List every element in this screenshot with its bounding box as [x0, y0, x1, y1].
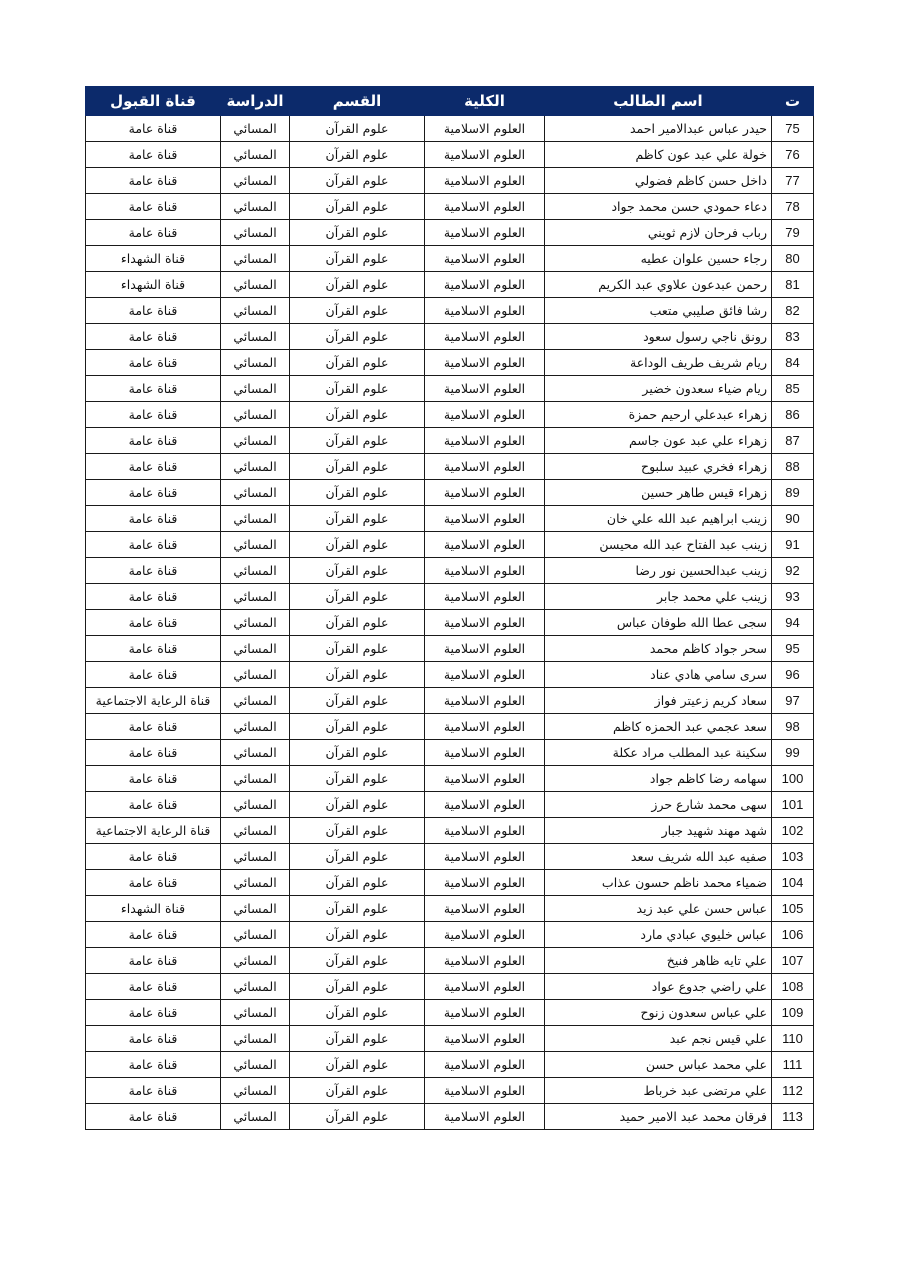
table-row: 109علي عباس سعدون زنوحالعلوم الاسلاميةعل… [86, 1000, 814, 1026]
student-name-cell: زينب عبد الفتاح عبد الله محيسن [545, 532, 772, 558]
study-type-cell: المسائي [221, 792, 290, 818]
study-type-cell: المسائي [221, 1104, 290, 1130]
department-cell: علوم القرآن [290, 844, 425, 870]
row-number-cell: 86 [772, 402, 814, 428]
row-number-cell: 89 [772, 480, 814, 506]
row-number-cell: 90 [772, 506, 814, 532]
admission-channel-cell: قناة عامة [86, 532, 221, 558]
row-number-cell: 113 [772, 1104, 814, 1130]
row-number-cell: 98 [772, 714, 814, 740]
student-name-cell: رحمن عبدعون علاوي عبد الكريم [545, 272, 772, 298]
table-row: 88زهراء فخري عبيد سلبوحالعلوم الاسلاميةع… [86, 454, 814, 480]
department-cell: علوم القرآن [290, 194, 425, 220]
study-type-cell: المسائي [221, 324, 290, 350]
admission-channel-cell: قناة عامة [86, 454, 221, 480]
student-name-cell: سجى عطا الله طوفان عباس [545, 610, 772, 636]
table-row: 86زهراء عبدعلي ارحيم حمزةالعلوم الاسلامي… [86, 402, 814, 428]
table-row: 82رشا فائق صليبي متعبالعلوم الاسلاميةعلو… [86, 298, 814, 324]
table-row: 106عباس خليوي عبادي ماردالعلوم الاسلامية… [86, 922, 814, 948]
student-name-cell: رباب فرحان لازم ثويني [545, 220, 772, 246]
department-cell: علوم القرآن [290, 792, 425, 818]
student-name-cell: زهراء علي عبد عون جاسم [545, 428, 772, 454]
row-number-cell: 105 [772, 896, 814, 922]
college-cell: العلوم الاسلامية [425, 506, 545, 532]
student-name-cell: صفيه عبد الله شريف سعد [545, 844, 772, 870]
table-row: 80رجاء حسين علوان عطيهالعلوم الاسلاميةعل… [86, 246, 814, 272]
row-number-cell: 100 [772, 766, 814, 792]
table-row: 79رباب فرحان لازم ثوينيالعلوم الاسلاميةع… [86, 220, 814, 246]
row-number-cell: 91 [772, 532, 814, 558]
college-cell: العلوم الاسلامية [425, 792, 545, 818]
row-number-cell: 109 [772, 1000, 814, 1026]
admission-channel-cell: قناة عامة [86, 870, 221, 896]
study-type-cell: المسائي [221, 428, 290, 454]
student-name-cell: رجاء حسين علوان عطيه [545, 246, 772, 272]
college-cell: العلوم الاسلامية [425, 272, 545, 298]
row-number-cell: 87 [772, 428, 814, 454]
department-cell: علوم القرآن [290, 428, 425, 454]
table-row: 81رحمن عبدعون علاوي عبد الكريمالعلوم الا… [86, 272, 814, 298]
study-type-cell: المسائي [221, 974, 290, 1000]
college-cell: العلوم الاسلامية [425, 194, 545, 220]
admission-channel-cell: قناة عامة [86, 428, 221, 454]
row-number-cell: 104 [772, 870, 814, 896]
header-num: ت [772, 87, 814, 116]
department-cell: علوم القرآن [290, 1026, 425, 1052]
student-name-cell: زينب ابراهيم عبد الله علي خان [545, 506, 772, 532]
row-number-cell: 78 [772, 194, 814, 220]
header-student-name: اسم الطالب [545, 87, 772, 116]
admission-channel-cell: قناة عامة [86, 1104, 221, 1130]
study-type-cell: المسائي [221, 1078, 290, 1104]
college-cell: العلوم الاسلامية [425, 610, 545, 636]
department-cell: علوم القرآن [290, 272, 425, 298]
document-page: ت اسم الطالب الكلية القسم الدراسة قناة ا… [85, 86, 813, 1130]
admission-channel-cell: قناة عامة [86, 194, 221, 220]
study-type-cell: المسائي [221, 220, 290, 246]
admission-channel-cell: قناة الشهداء [86, 272, 221, 298]
header-study: الدراسة [221, 87, 290, 116]
student-name-cell: حيدر عباس عبدالامير احمد [545, 116, 772, 142]
table-row: 90زينب ابراهيم عبد الله علي خانالعلوم ال… [86, 506, 814, 532]
admission-channel-cell: قناة عامة [86, 610, 221, 636]
student-name-cell: سعاد كريم زعيتر فواز [545, 688, 772, 714]
admission-channel-cell: قناة عامة [86, 584, 221, 610]
admission-channel-cell: قناة عامة [86, 1026, 221, 1052]
student-name-cell: زهراء قيس طاهر حسين [545, 480, 772, 506]
admission-channel-cell: قناة عامة [86, 350, 221, 376]
student-name-cell: عباس حسن علي عبد زيد [545, 896, 772, 922]
college-cell: العلوم الاسلامية [425, 636, 545, 662]
study-type-cell: المسائي [221, 688, 290, 714]
admission-channel-cell: قناة عامة [86, 766, 221, 792]
student-name-cell: ضمياء محمد ناظم حسون عذاب [545, 870, 772, 896]
study-type-cell: المسائي [221, 532, 290, 558]
study-type-cell: المسائي [221, 870, 290, 896]
student-name-cell: زهراء فخري عبيد سلبوح [545, 454, 772, 480]
student-name-cell: سرى سامي هادي عناد [545, 662, 772, 688]
college-cell: العلوم الاسلامية [425, 974, 545, 1000]
admission-channel-cell: قناة عامة [86, 402, 221, 428]
row-number-cell: 112 [772, 1078, 814, 1104]
admission-channel-cell: قناة عامة [86, 792, 221, 818]
college-cell: العلوم الاسلامية [425, 766, 545, 792]
study-type-cell: المسائي [221, 116, 290, 142]
table-header-row: ت اسم الطالب الكلية القسم الدراسة قناة ا… [86, 87, 814, 116]
department-cell: علوم القرآن [290, 870, 425, 896]
study-type-cell: المسائي [221, 922, 290, 948]
row-number-cell: 77 [772, 168, 814, 194]
row-number-cell: 88 [772, 454, 814, 480]
row-number-cell: 81 [772, 272, 814, 298]
row-number-cell: 110 [772, 1026, 814, 1052]
college-cell: العلوم الاسلامية [425, 428, 545, 454]
admission-channel-cell: قناة عامة [86, 324, 221, 350]
table-row: 101سهى محمد شارع حرزالعلوم الاسلاميةعلوم… [86, 792, 814, 818]
row-number-cell: 93 [772, 584, 814, 610]
row-number-cell: 99 [772, 740, 814, 766]
row-number-cell: 96 [772, 662, 814, 688]
department-cell: علوم القرآن [290, 168, 425, 194]
college-cell: العلوم الاسلامية [425, 1078, 545, 1104]
row-number-cell: 107 [772, 948, 814, 974]
admission-channel-cell: قناة عامة [86, 506, 221, 532]
study-type-cell: المسائي [221, 480, 290, 506]
admission-channel-cell: قناة الرعاية الاجتماعية [86, 688, 221, 714]
row-number-cell: 94 [772, 610, 814, 636]
college-cell: العلوم الاسلامية [425, 246, 545, 272]
study-type-cell: المسائي [221, 194, 290, 220]
student-name-cell: خولة علي عبد عون كاظم [545, 142, 772, 168]
college-cell: العلوم الاسلامية [425, 714, 545, 740]
department-cell: علوم القرآن [290, 246, 425, 272]
department-cell: علوم القرآن [290, 1052, 425, 1078]
table-row: 85ريام ضياء سعدون خضيرالعلوم الاسلاميةعل… [86, 376, 814, 402]
row-number-cell: 102 [772, 818, 814, 844]
admission-channel-cell: قناة عامة [86, 974, 221, 1000]
table-row: 110علي قيس نجم عبدالعلوم الاسلاميةعلوم ا… [86, 1026, 814, 1052]
student-name-cell: علي مرتضى عبد خرباط [545, 1078, 772, 1104]
table-row: 96سرى سامي هادي عنادالعلوم الاسلاميةعلوم… [86, 662, 814, 688]
student-name-cell: علي راضي جدوع عواد [545, 974, 772, 1000]
department-cell: علوم القرآن [290, 662, 425, 688]
row-number-cell: 111 [772, 1052, 814, 1078]
student-name-cell: سكينة عبد المطلب مراد عكلة [545, 740, 772, 766]
student-name-cell: ريام شريف طريف الوداعة [545, 350, 772, 376]
college-cell: العلوم الاسلامية [425, 870, 545, 896]
study-type-cell: المسائي [221, 298, 290, 324]
table-row: 93زينب علي محمد جابرالعلوم الاسلاميةعلوم… [86, 584, 814, 610]
study-type-cell: المسائي [221, 584, 290, 610]
student-name-cell: داخل حسن كاظم فضولي [545, 168, 772, 194]
department-cell: علوم القرآن [290, 532, 425, 558]
department-cell: علوم القرآن [290, 220, 425, 246]
college-cell: العلوم الاسلامية [425, 948, 545, 974]
college-cell: العلوم الاسلامية [425, 298, 545, 324]
study-type-cell: المسائي [221, 714, 290, 740]
table-row: 107علي تايه ظاهر فنيخالعلوم الاسلاميةعلو… [86, 948, 814, 974]
college-cell: العلوم الاسلامية [425, 1104, 545, 1130]
study-type-cell: المسائي [221, 454, 290, 480]
table-row: 112علي مرتضى عبد خرباطالعلوم الاسلاميةعل… [86, 1078, 814, 1104]
header-college: الكلية [425, 87, 545, 116]
table-row: 111علي محمد عباس حسنالعلوم الاسلاميةعلوم… [86, 1052, 814, 1078]
header-admission-channel: قناة القبول [86, 87, 221, 116]
department-cell: علوم القرآن [290, 714, 425, 740]
table-row: 92زينب عبدالحسين نور رضاالعلوم الاسلامية… [86, 558, 814, 584]
department-cell: علوم القرآن [290, 922, 425, 948]
admission-channel-cell: قناة عامة [86, 740, 221, 766]
study-type-cell: المسائي [221, 272, 290, 298]
table-body: 75حيدر عباس عبدالامير احمدالعلوم الاسلام… [86, 116, 814, 1130]
department-cell: علوم القرآن [290, 558, 425, 584]
college-cell: العلوم الاسلامية [425, 1000, 545, 1026]
student-name-cell: سعد عجمي عبد الحمزه كاظم [545, 714, 772, 740]
row-number-cell: 106 [772, 922, 814, 948]
college-cell: العلوم الاسلامية [425, 818, 545, 844]
row-number-cell: 79 [772, 220, 814, 246]
college-cell: العلوم الاسلامية [425, 740, 545, 766]
student-name-cell: سحر جواد كاظم محمد [545, 636, 772, 662]
table-row: 103صفيه عبد الله شريف سعدالعلوم الاسلامي… [86, 844, 814, 870]
college-cell: العلوم الاسلامية [425, 1052, 545, 1078]
student-name-cell: سهى محمد شارع حرز [545, 792, 772, 818]
admission-channel-cell: قناة عامة [86, 1078, 221, 1104]
college-cell: العلوم الاسلامية [425, 142, 545, 168]
college-cell: العلوم الاسلامية [425, 662, 545, 688]
study-type-cell: المسائي [221, 896, 290, 922]
department-cell: علوم القرآن [290, 740, 425, 766]
table-row: 94سجى عطا الله طوفان عباسالعلوم الاسلامي… [86, 610, 814, 636]
department-cell: علوم القرآن [290, 636, 425, 662]
study-type-cell: المسائي [221, 766, 290, 792]
college-cell: العلوم الاسلامية [425, 558, 545, 584]
department-cell: علوم القرآن [290, 896, 425, 922]
college-cell: العلوم الاسلامية [425, 844, 545, 870]
table-row: 108علي راضي جدوع عوادالعلوم الاسلاميةعلو… [86, 974, 814, 1000]
table-row: 99سكينة عبد المطلب مراد عكلةالعلوم الاسل… [86, 740, 814, 766]
admission-channel-cell: قناة عامة [86, 220, 221, 246]
college-cell: العلوم الاسلامية [425, 480, 545, 506]
college-cell: العلوم الاسلامية [425, 168, 545, 194]
admission-channel-cell: قناة عامة [86, 1052, 221, 1078]
admission-channel-cell: قناة عامة [86, 636, 221, 662]
study-type-cell: المسائي [221, 376, 290, 402]
student-name-cell: فرقان محمد عبد الامير حميد [545, 1104, 772, 1130]
table-row: 95سحر جواد كاظم محمدالعلوم الاسلاميةعلوم… [86, 636, 814, 662]
admission-channel-cell: قناة عامة [86, 662, 221, 688]
row-number-cell: 97 [772, 688, 814, 714]
college-cell: العلوم الاسلامية [425, 584, 545, 610]
table-row: 91زينب عبد الفتاح عبد الله محيسنالعلوم ا… [86, 532, 814, 558]
student-name-cell: رونق ناجي رسول سعود [545, 324, 772, 350]
department-cell: علوم القرآن [290, 298, 425, 324]
department-cell: علوم القرآن [290, 610, 425, 636]
study-type-cell: المسائي [221, 636, 290, 662]
admission-channel-cell: قناة عامة [86, 558, 221, 584]
row-number-cell: 76 [772, 142, 814, 168]
college-cell: العلوم الاسلامية [425, 1026, 545, 1052]
admission-channel-cell: قناة عامة [86, 116, 221, 142]
study-type-cell: المسائي [221, 1052, 290, 1078]
study-type-cell: المسائي [221, 558, 290, 584]
admission-channel-cell: قناة عامة [86, 376, 221, 402]
admission-channel-cell: قناة عامة [86, 142, 221, 168]
student-name-cell: رشا فائق صليبي متعب [545, 298, 772, 324]
department-cell: علوم القرآن [290, 584, 425, 610]
row-number-cell: 80 [772, 246, 814, 272]
study-type-cell: المسائي [221, 844, 290, 870]
college-cell: العلوم الاسلامية [425, 376, 545, 402]
study-type-cell: المسائي [221, 506, 290, 532]
study-type-cell: المسائي [221, 350, 290, 376]
study-type-cell: المسائي [221, 246, 290, 272]
department-cell: علوم القرآن [290, 1078, 425, 1104]
table-row: 87زهراء علي عبد عون جاسمالعلوم الاسلامية… [86, 428, 814, 454]
college-cell: العلوم الاسلامية [425, 116, 545, 142]
student-name-cell: زينب علي محمد جابر [545, 584, 772, 610]
department-cell: علوم القرآن [290, 376, 425, 402]
row-number-cell: 103 [772, 844, 814, 870]
student-name-cell: علي عباس سعدون زنوح [545, 1000, 772, 1026]
study-type-cell: المسائي [221, 610, 290, 636]
student-name-cell: سهامه رضا كاظم جواد [545, 766, 772, 792]
admission-channel-cell: قناة عامة [86, 298, 221, 324]
student-name-cell: زينب عبدالحسين نور رضا [545, 558, 772, 584]
admission-channel-cell: قناة عامة [86, 480, 221, 506]
department-cell: علوم القرآن [290, 324, 425, 350]
department-cell: علوم القرآن [290, 1104, 425, 1130]
admission-channel-cell: قناة عامة [86, 922, 221, 948]
college-cell: العلوم الاسلامية [425, 896, 545, 922]
study-type-cell: المسائي [221, 142, 290, 168]
row-number-cell: 85 [772, 376, 814, 402]
row-number-cell: 83 [772, 324, 814, 350]
department-cell: علوم القرآن [290, 402, 425, 428]
table-row: 102شهد مهند شهيد جبارالعلوم الاسلاميةعلو… [86, 818, 814, 844]
student-name-cell: علي قيس نجم عبد [545, 1026, 772, 1052]
admission-channel-cell: قناة عامة [86, 168, 221, 194]
college-cell: العلوم الاسلامية [425, 220, 545, 246]
department-cell: علوم القرآن [290, 116, 425, 142]
table-row: 98سعد عجمي عبد الحمزه كاظمالعلوم الاسلام… [86, 714, 814, 740]
admission-channel-cell: قناة الرعاية الاجتماعية [86, 818, 221, 844]
department-cell: علوم القرآن [290, 688, 425, 714]
study-type-cell: المسائي [221, 1026, 290, 1052]
student-name-cell: زهراء عبدعلي ارحيم حمزة [545, 402, 772, 428]
department-cell: علوم القرآن [290, 506, 425, 532]
department-cell: علوم القرآن [290, 974, 425, 1000]
table-row: 77داخل حسن كاظم فضوليالعلوم الاسلاميةعلو… [86, 168, 814, 194]
row-number-cell: 95 [772, 636, 814, 662]
college-cell: العلوم الاسلامية [425, 532, 545, 558]
study-type-cell: المسائي [221, 402, 290, 428]
row-number-cell: 92 [772, 558, 814, 584]
table-row: 84ريام شريف طريف الوداعةالعلوم الاسلامية… [86, 350, 814, 376]
study-type-cell: المسائي [221, 1000, 290, 1026]
department-cell: علوم القرآن [290, 454, 425, 480]
table-row: 97سعاد كريم زعيتر فوازالعلوم الاسلاميةعل… [86, 688, 814, 714]
department-cell: علوم القرآن [290, 350, 425, 376]
table-row: 83رونق ناجي رسول سعودالعلوم الاسلاميةعلو… [86, 324, 814, 350]
admission-channel-cell: قناة عامة [86, 714, 221, 740]
table-row: 89زهراء قيس طاهر حسينالعلوم الاسلاميةعلو… [86, 480, 814, 506]
admission-channel-cell: قناة الشهداء [86, 246, 221, 272]
college-cell: العلوم الاسلامية [425, 688, 545, 714]
admission-channel-cell: قناة عامة [86, 844, 221, 870]
table-row: 78دعاء حمودي حسن محمد جوادالعلوم الاسلام… [86, 194, 814, 220]
college-cell: العلوم الاسلامية [425, 324, 545, 350]
student-name-cell: عباس خليوي عبادي مارد [545, 922, 772, 948]
table-row: 75حيدر عباس عبدالامير احمدالعلوم الاسلام… [86, 116, 814, 142]
college-cell: العلوم الاسلامية [425, 350, 545, 376]
department-cell: علوم القرآن [290, 766, 425, 792]
study-type-cell: المسائي [221, 740, 290, 766]
admission-channel-cell: قناة عامة [86, 1000, 221, 1026]
table-row: 76خولة علي عبد عون كاظمالعلوم الاسلاميةع… [86, 142, 814, 168]
table-row: 113فرقان محمد عبد الامير حميدالعلوم الاس… [86, 1104, 814, 1130]
row-number-cell: 108 [772, 974, 814, 1000]
student-name-cell: شهد مهند شهيد جبار [545, 818, 772, 844]
college-cell: العلوم الاسلامية [425, 922, 545, 948]
admission-channel-cell: قناة عامة [86, 948, 221, 974]
students-table: ت اسم الطالب الكلية القسم الدراسة قناة ا… [85, 86, 814, 1130]
student-name-cell: دعاء حمودي حسن محمد جواد [545, 194, 772, 220]
row-number-cell: 75 [772, 116, 814, 142]
college-cell: العلوم الاسلامية [425, 402, 545, 428]
row-number-cell: 101 [772, 792, 814, 818]
table-row: 104ضمياء محمد ناظم حسون عذابالعلوم الاسل… [86, 870, 814, 896]
department-cell: علوم القرآن [290, 948, 425, 974]
student-name-cell: علي محمد عباس حسن [545, 1052, 772, 1078]
student-name-cell: علي تايه ظاهر فنيخ [545, 948, 772, 974]
table-row: 105عباس حسن علي عبد زيدالعلوم الاسلاميةع… [86, 896, 814, 922]
department-cell: علوم القرآن [290, 142, 425, 168]
study-type-cell: المسائي [221, 662, 290, 688]
row-number-cell: 84 [772, 350, 814, 376]
college-cell: العلوم الاسلامية [425, 454, 545, 480]
study-type-cell: المسائي [221, 168, 290, 194]
study-type-cell: المسائي [221, 948, 290, 974]
row-number-cell: 82 [772, 298, 814, 324]
header-department: القسم [290, 87, 425, 116]
admission-channel-cell: قناة الشهداء [86, 896, 221, 922]
department-cell: علوم القرآن [290, 480, 425, 506]
student-name-cell: ريام ضياء سعدون خضير [545, 376, 772, 402]
department-cell: علوم القرآن [290, 1000, 425, 1026]
study-type-cell: المسائي [221, 818, 290, 844]
department-cell: علوم القرآن [290, 818, 425, 844]
table-row: 100سهامه رضا كاظم جوادالعلوم الاسلاميةعل… [86, 766, 814, 792]
